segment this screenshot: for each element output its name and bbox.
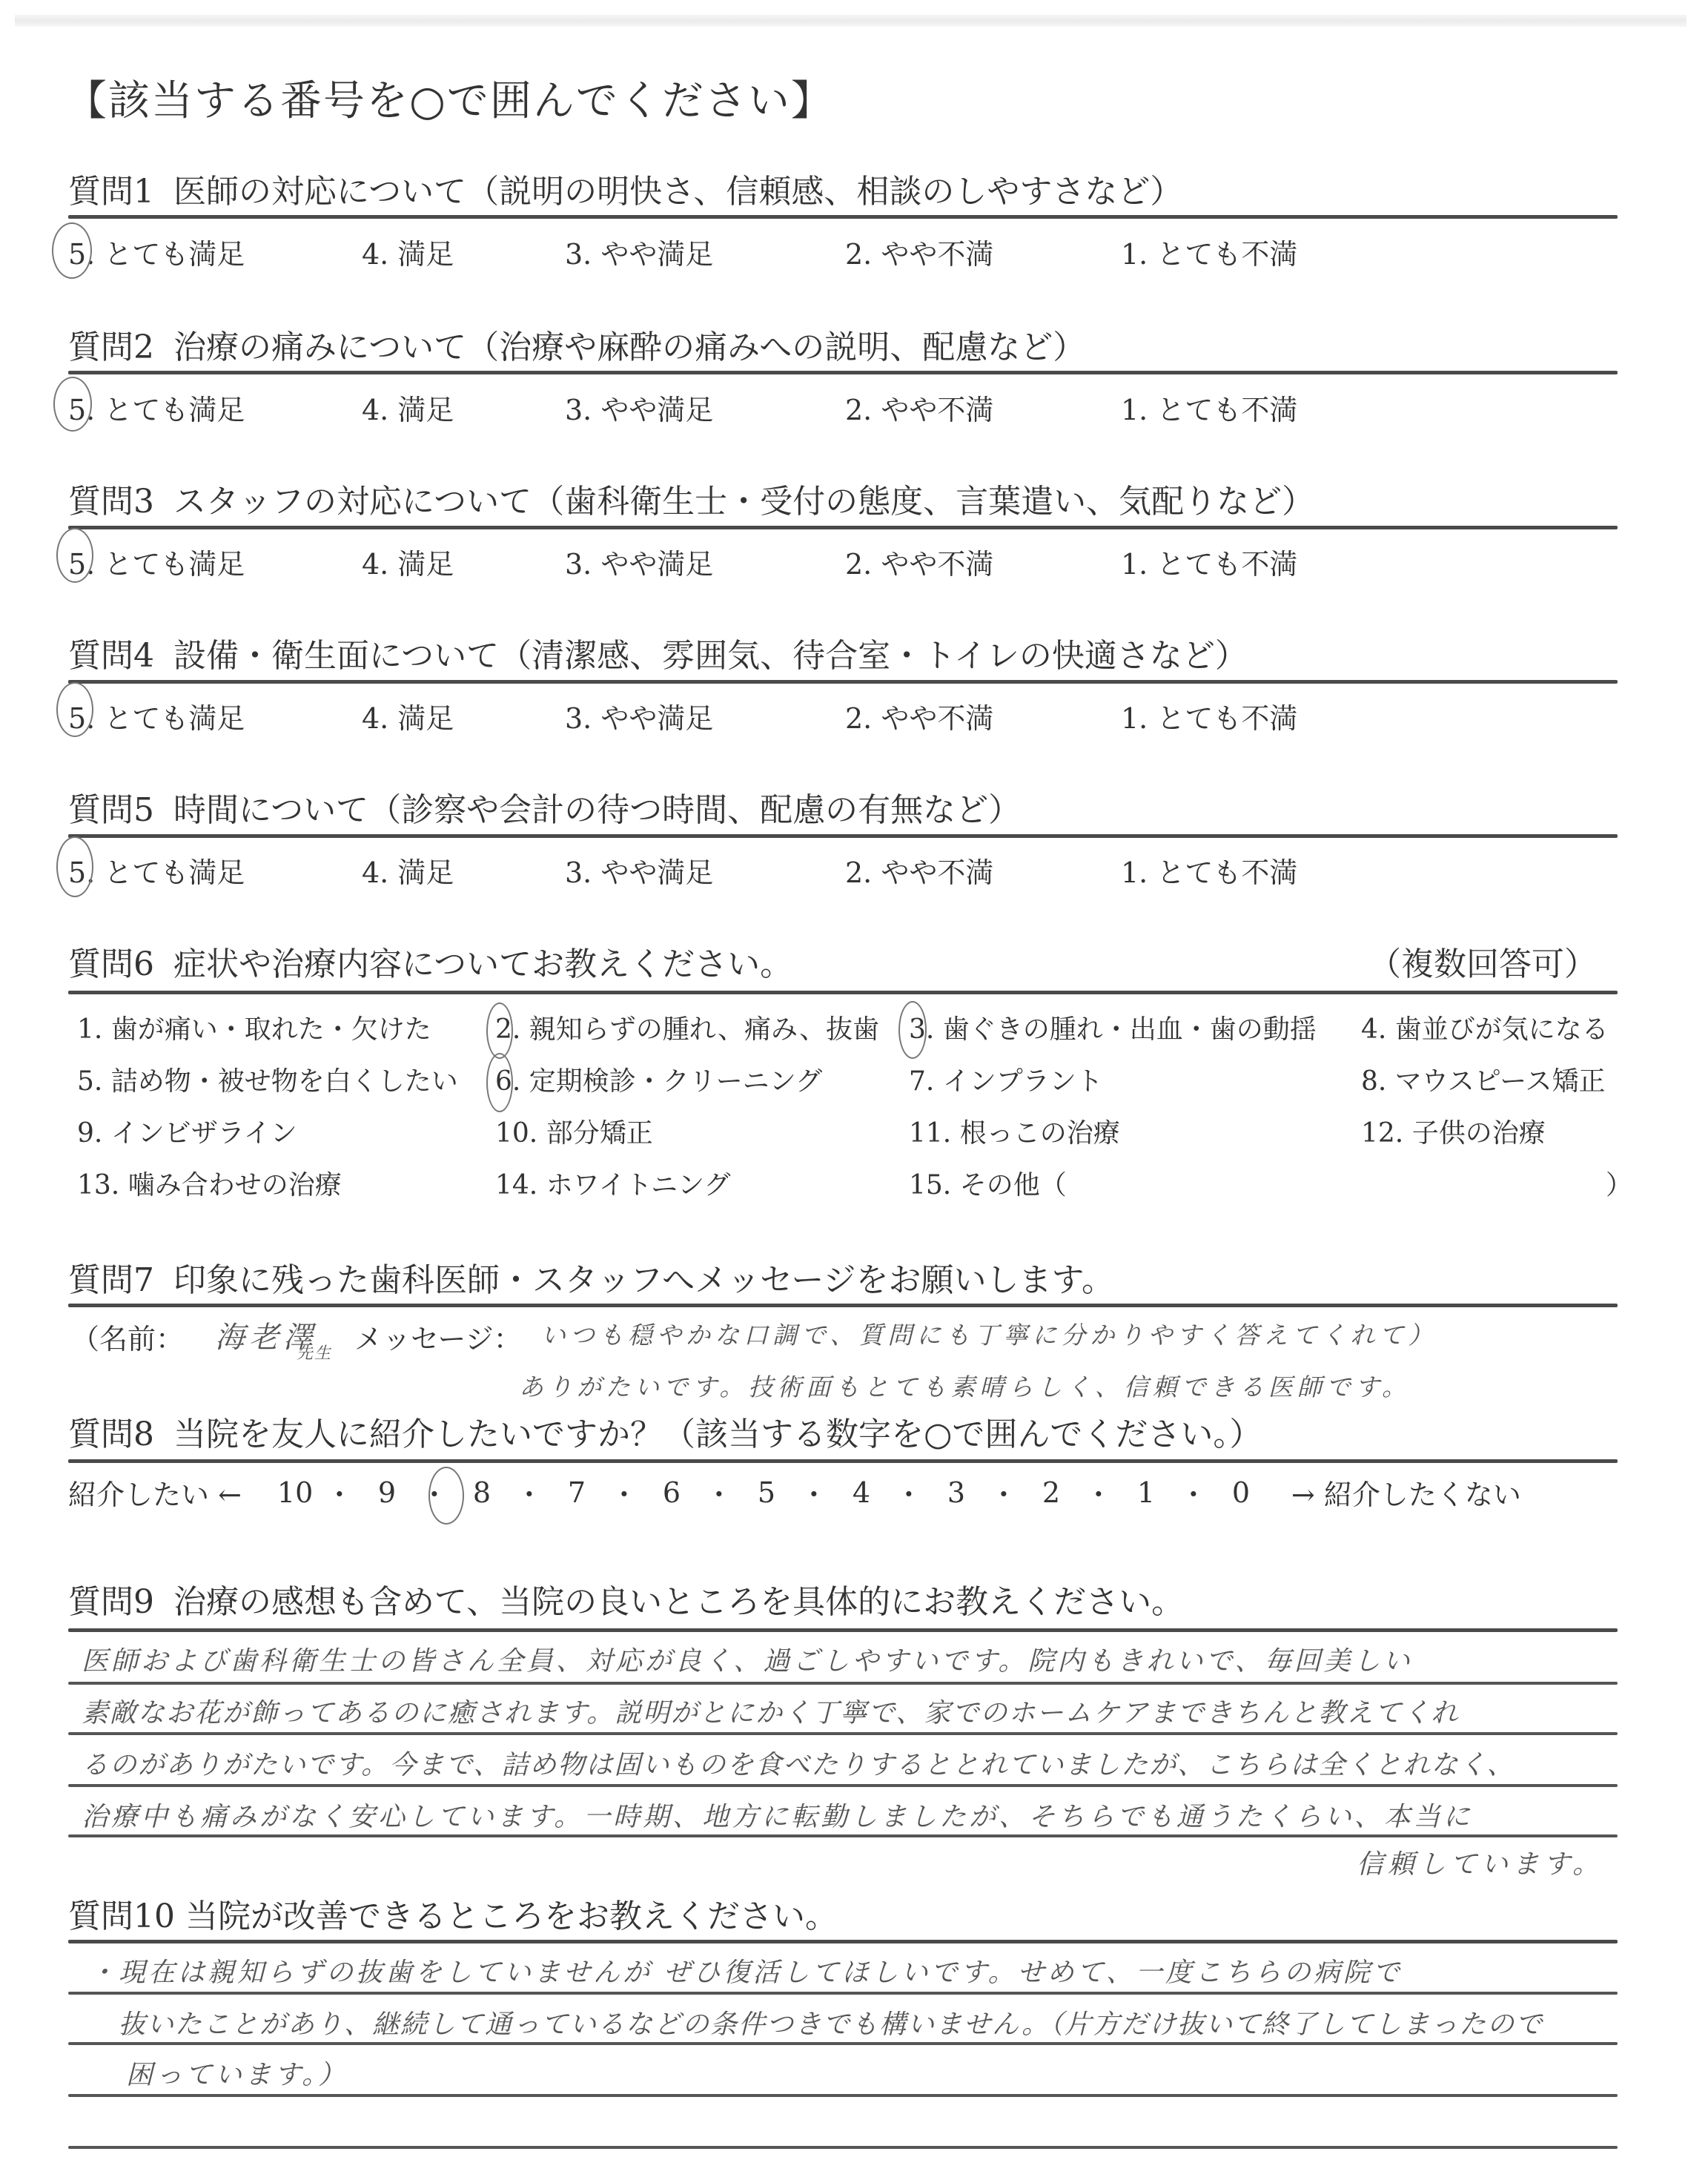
q6-item-3-selection-circle (898, 1001, 927, 1059)
question-1-text: 医師の対応について（説明の明快さ、信頼感、相談のしやすさなど） (173, 173, 1182, 211)
question-5-rule (68, 834, 1618, 838)
q5-option-4[interactable]: 4. 満足 (362, 850, 454, 891)
q9-answer-line-4[interactable]: 治療中も痛みがなく安心しています。一時期、地方に転勤しましたが、そちらでも通うた… (82, 1796, 1473, 1834)
q8-score-1[interactable]: 1 (1131, 1476, 1161, 1509)
question-4-number: 質問4 (68, 637, 154, 675)
question-2-rule (68, 371, 1618, 374)
question-6-rule (68, 991, 1618, 994)
q8-recommend-scale: 紹介したい ← 10 ・ 9 ・ 8 ・ 7 ・ 6 ・ 5 ・ 4 ・ 3 ・… (68, 1472, 1521, 1513)
q8-separator: ・ (1161, 1472, 1226, 1513)
question-6-text: 症状や治療内容についてお教えください。 (173, 945, 792, 983)
q9-answer-line-5[interactable]: 信頼しています。 (1357, 1843, 1603, 1881)
q6-item-10[interactable]: 10. 部分矯正 (495, 1112, 653, 1150)
q6-item-15-close-paren: ） (1606, 1164, 1632, 1202)
scan-edge (15, 15, 1687, 27)
q1-option-5[interactable]: 5. とても満足 (68, 231, 245, 272)
question-6-multiple-note: （複数回答可） (1368, 937, 1597, 985)
q6-item-2-selection-circle (486, 1003, 513, 1059)
q9-answer-line-3[interactable]: るのがありがたいです。今まで、詰め物は固いものを食べたりするととれていましたが、… (82, 1744, 1515, 1782)
question-3-text: スタッフの対応について（歯科衛生士・受付の態度、言葉遣い、気配りなど） (173, 483, 1314, 521)
q1-selection-circle (52, 222, 92, 279)
question-10-text: 当院が改善できるところをお教えください。 (185, 1898, 838, 1935)
question-1-number: 質問1 (68, 173, 154, 211)
q3-selection-circle (56, 528, 93, 583)
q5-option-5[interactable]: 5. とても満足 (68, 850, 245, 891)
q3-option-4[interactable]: 4. 満足 (362, 541, 454, 582)
question-2-text: 治療の痛みについて（治療や麻酔の痛みへの説明、配慮など） (173, 328, 1085, 366)
q7-name-label: （名前： (71, 1316, 184, 1357)
q3-option-5[interactable]: 5. とても満足 (68, 541, 245, 582)
q8-separator: ・ (1066, 1472, 1131, 1513)
q2-selection-circle (53, 377, 92, 432)
q4-option-3[interactable]: 3. やや満足 (565, 696, 713, 736)
q8-separator: ・ (497, 1472, 562, 1513)
q8-score-6[interactable]: 6 (657, 1476, 686, 1509)
q2-option-2[interactable]: 2. やや不満 (845, 387, 993, 428)
question-9-header: 質問9治療の感想も含めて、当院の良いところを具体的にお教えください。 (68, 1575, 1184, 1622)
question-4-header: 質問4設備・衛生面について（清潔感、雰囲気、待合室・トイレの快適さなど） (68, 629, 1248, 676)
q8-score-2[interactable]: 2 (1036, 1476, 1066, 1509)
question-2-number: 質問2 (68, 328, 154, 366)
q5-selection-circle (56, 836, 93, 897)
q5-option-3[interactable]: 3. やや満足 (565, 850, 713, 891)
q9-answer-line-1[interactable]: 医師および歯科衛生士の皆さん全員、対応が良く、過ごしやすいです。院内もきれいで、… (82, 1640, 1413, 1678)
question-3-number: 質問3 (68, 483, 154, 521)
q6-item-11[interactable]: 11. 根っこの治療 (909, 1112, 1120, 1150)
q8-score-8[interactable]: 8 (467, 1476, 497, 1509)
q2-option-1[interactable]: 1. とても不満 (1121, 387, 1297, 428)
q8-selection-circle (428, 1467, 464, 1525)
question-8-header: 質問8当院を友人に紹介したいですか？（該当する数字を○で囲んでください。） (68, 1407, 1262, 1455)
q8-score-4[interactable]: 4 (847, 1476, 876, 1509)
q6-item-4[interactable]: 4. 歯並びが気になる (1361, 1008, 1609, 1046)
q8-score-7[interactable]: 7 (562, 1476, 592, 1509)
question-7-number: 質問7 (68, 1261, 154, 1299)
q10-answer-line-1[interactable]: ・現在は親知らずの抜歯をしていませんが ぜひ復活してほしいです。せめて、一度こち… (89, 1952, 1403, 1989)
q6-item-3[interactable]: 3. 歯ぐきの腫れ・出血・歯の動揺 (909, 1008, 1317, 1046)
q8-score-10[interactable]: 10 (277, 1476, 307, 1509)
q8-score-3[interactable]: 3 (941, 1476, 971, 1509)
question-10-rule (68, 1940, 1618, 1943)
q10-answer-rule (68, 1992, 1618, 1995)
q1-option-1[interactable]: 1. とても不満 (1121, 231, 1297, 272)
q8-score-0[interactable]: 0 (1226, 1476, 1256, 1509)
question-9-text: 治療の感想も含めて、当院の良いところを具体的にお教えください。 (173, 1583, 1184, 1621)
q6-item-15-other[interactable]: 15. その他（ (909, 1164, 1067, 1202)
q2-option-4[interactable]: 4. 満足 (362, 387, 454, 428)
q8-left-label: 紹介したい ← (68, 1472, 242, 1513)
question-3-header: 質問3スタッフの対応について（歯科衛生士・受付の態度、言葉遣い、気配りなど） (68, 475, 1314, 522)
q8-separator: ・ (307, 1472, 372, 1513)
question-9-number: 質問9 (68, 1583, 154, 1621)
q5-option-1[interactable]: 1. とても不満 (1121, 850, 1297, 891)
question-5-header: 質問5時間について（診察や会計の待つ時間、配慮の有無など） (68, 783, 1021, 830)
question-1-header: 質問1医師の対応について（説明の明快さ、信頼感、相談のしやすさなど） (68, 165, 1182, 212)
q6-item-2[interactable]: 2. 親知らずの腫れ、痛み、抜歯 (495, 1008, 879, 1046)
q4-option-1[interactable]: 1. とても不満 (1121, 696, 1297, 736)
q8-separator: ・ (971, 1472, 1036, 1513)
q9-answer-rule (68, 1732, 1618, 1735)
q6-item-14[interactable]: 14. ホワイトニング (495, 1164, 730, 1202)
question-5-text: 時間について（診察や会計の待つ時間、配慮の有無など） (173, 791, 1021, 829)
question-6-number: 質問6 (68, 945, 154, 983)
q1-option-2[interactable]: 2. やや不満 (845, 231, 993, 272)
question-1-rule (68, 215, 1618, 219)
q7-message-label: メッセージ： (354, 1316, 522, 1357)
q4-option-2[interactable]: 2. やや不満 (845, 696, 993, 736)
q3-option-3[interactable]: 3. やや満足 (565, 541, 713, 582)
q4-option-5[interactable]: 5. とても満足 (68, 696, 245, 736)
q9-answer-rule (68, 1834, 1618, 1837)
question-8-rule (68, 1459, 1618, 1463)
q10-answer-line-2[interactable]: 抜いたことがあり、継続して通っているなどの条件つきでも構いません。（片方だけ抜い… (119, 2004, 1543, 2041)
question-2-header: 質問2治療の痛みについて（治療や麻酔の痛みへの説明、配慮など） (68, 320, 1085, 368)
q1-option-4[interactable]: 4. 満足 (362, 231, 454, 272)
q6-item-5[interactable]: 5. 詰め物・被せ物を白くしたい (77, 1060, 458, 1098)
q7-message-line-2[interactable]: ありがたいです。技術面もとても素晴らしく、信頼できる医師です。 (519, 1368, 1411, 1403)
q9-answer-rule (68, 1784, 1618, 1787)
question-7-rule (68, 1304, 1618, 1307)
q8-separator: ・ (781, 1472, 847, 1513)
q4-selection-circle (56, 682, 93, 737)
q4-option-4[interactable]: 4. 満足 (362, 696, 454, 736)
question-7-header: 質問7印象に残った歯科医師・スタッフへメッセージをお願いします。 (68, 1253, 1114, 1301)
q8-separator: ・ (876, 1472, 941, 1513)
q2-option-3[interactable]: 3. やや満足 (565, 387, 713, 428)
q9-answer-line-2[interactable]: 素敵なお花が飾ってあるのに癒されます。説明がとにかく丁寧で、家でのホームケアまで… (82, 1692, 1459, 1730)
question-3-rule (68, 526, 1618, 529)
form-title: 【該当する番号を○で囲んでください】 (65, 68, 834, 128)
q6-item-13[interactable]: 13. 噛み合わせの治療 (77, 1164, 342, 1202)
q1-option-3[interactable]: 3. やや満足 (565, 231, 713, 272)
q8-separator: ・ (592, 1472, 657, 1513)
q5-option-2[interactable]: 2. やや不満 (845, 850, 993, 891)
q6-item-6-selection-circle (486, 1053, 513, 1112)
question-10-number: 質問10 (68, 1898, 175, 1935)
q3-option-2[interactable]: 2. やや不満 (845, 541, 993, 582)
q8-score-5[interactable]: 5 (752, 1476, 781, 1509)
q10-answer-line-3[interactable]: 困っています。） (126, 2054, 348, 2092)
q10-answer-rule (68, 2042, 1618, 2045)
q8-score-9[interactable]: 9 (372, 1476, 402, 1509)
q3-option-1[interactable]: 1. とても不満 (1121, 541, 1297, 582)
question-7-text: 印象に残った歯科医師・スタッフへメッセージをお願いします。 (173, 1261, 1114, 1299)
q6-item-9[interactable]: 9. インビザライン (77, 1112, 297, 1150)
q10-answer-rule (68, 2094, 1618, 2097)
q6-item-6[interactable]: 6. 定期検診・クリーニング (495, 1060, 822, 1098)
q7-name-suffix: 先生 (297, 1341, 332, 1364)
question-4-rule (68, 680, 1618, 684)
q9-answer-rule (68, 1682, 1618, 1685)
q8-right-label: → 紹介したくない (1291, 1472, 1521, 1513)
q8-separator: ・ (686, 1472, 752, 1513)
q6-item-7[interactable]: 7. インプラント (909, 1060, 1103, 1098)
question-8-text: 当院を友人に紹介したいですか？（該当する数字を○で囲んでください。） (173, 1416, 1262, 1453)
question-8-number: 質問8 (68, 1416, 154, 1453)
q10-answer-rule (68, 2146, 1618, 2149)
question-10-header: 質問10当院が改善できるところをお教えください。 (68, 1889, 838, 1937)
question-6-header: 質問6症状や治療内容についてお教えください。 (68, 937, 792, 985)
q2-option-5[interactable]: 5. とても満足 (68, 387, 245, 428)
q6-item-1[interactable]: 1. 歯が痛い・取れた・欠けた (77, 1008, 431, 1046)
question-5-number: 質問5 (68, 791, 154, 829)
q6-item-8[interactable]: 8. マウスピース矯正 (1361, 1060, 1605, 1098)
q6-item-12[interactable]: 12. 子供の治療 (1361, 1112, 1546, 1150)
question-4-text: 設備・衛生面について（清潔感、雰囲気、待合室・トイレの快適さなど） (173, 637, 1248, 675)
question-9-rule (68, 1628, 1618, 1632)
q7-message-line-1[interactable]: いつも穏やかな口調で、質問にも丁寧に分かりやすく答えてくれて） (541, 1316, 1437, 1351)
